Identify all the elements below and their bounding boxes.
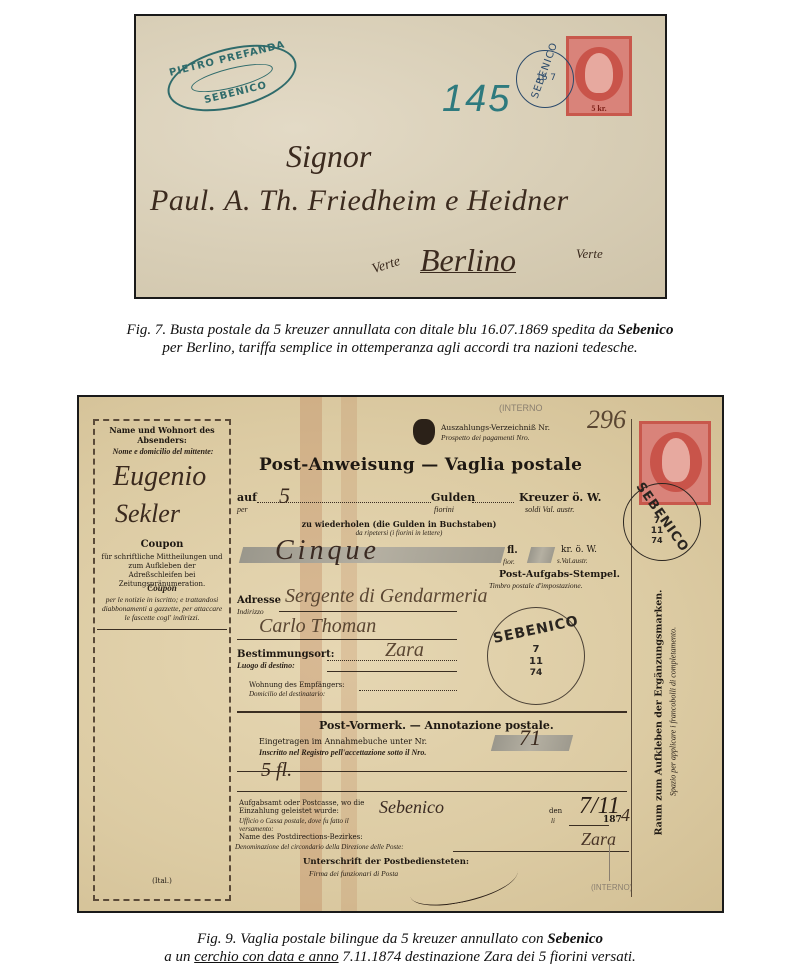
cancel-town: SEBENICO xyxy=(529,39,561,103)
right-column-divider xyxy=(631,419,632,897)
figure-7-caption: Fig. 7. Busta postale da 5 kreuzer annul… xyxy=(0,321,800,357)
office-label-de: Aufgabsamt oder Postcasse, wo die Einzah… xyxy=(239,799,369,815)
amount-words-value: Cinque xyxy=(275,535,380,567)
coupon-divider xyxy=(97,629,227,630)
blue-pencil-annotation: 145 xyxy=(442,78,511,121)
destination-label-it: Luogo di destino: xyxy=(237,661,295,670)
repeat-label-de: zu wiederholen (die Gulden in Buchstaben… xyxy=(279,519,519,529)
register-number: 296 xyxy=(587,405,626,435)
address-line-1: Sergente di Gendarmeria xyxy=(285,585,488,608)
coupon-text-it: per le notizie in iscritto; e trattandos… xyxy=(101,595,223,622)
sval-label: s.Val.austr. xyxy=(557,557,588,565)
kreuzer-label: Kreuzer ö. W. xyxy=(519,491,602,504)
sender-first-name: Eugenio xyxy=(113,461,206,493)
coupon-footer: (Ital.) xyxy=(95,877,229,885)
coupon-box: Name und Wohnort des Absenders: Nome e d… xyxy=(93,419,231,901)
address-salutation: Signor xyxy=(286,138,371,175)
year-suffix: 4 xyxy=(621,805,630,826)
section-divider xyxy=(237,711,627,713)
register-label-de: Auszahlungs-Verzeichniß Nr. xyxy=(441,423,550,432)
cancel-town: SEBENICO xyxy=(487,612,584,648)
address-recipient-name: Paul. A. Th. Friedheim e Heidner xyxy=(150,184,569,218)
address-note-right: Verte xyxy=(576,246,603,262)
den-label: den xyxy=(549,807,562,815)
signature-label-de: Unterschrift der Postbediensteten: xyxy=(303,857,469,867)
year-prefix: 187 xyxy=(603,815,622,825)
fior-label: fior. xyxy=(503,557,515,566)
imprinted-5kr-stamp: 5 kr. xyxy=(566,36,632,116)
entry-label-de: Eingetragen im Annahmebuche unter Nr. xyxy=(259,737,427,746)
double-eagle-emblem-icon xyxy=(413,419,435,445)
district-label-it: Denominazione del circondario della Dire… xyxy=(235,843,404,851)
arrow-up-icon xyxy=(609,843,610,881)
caption-underlined-phrase: cerchio con data e anno xyxy=(194,949,338,965)
cancel-month: 11 xyxy=(488,656,584,667)
domicile-label-it: Domicilio del destinatario: xyxy=(249,690,325,698)
address-city: Berlino xyxy=(420,242,516,279)
destination-field xyxy=(327,659,457,661)
figure-9-money-order-image: Name und Wohnort des Absenders: Nome e d… xyxy=(77,395,724,913)
figure-7-caption-line2: per Berlino, tariffa semplice in ottempe… xyxy=(0,339,800,357)
stamp-circular-cancel: SEBENICO 7 11 74 xyxy=(623,483,701,561)
cancel-year: 74 xyxy=(488,668,584,678)
vertical-label-it: Spazio per applicare i francobolli di co… xyxy=(669,552,678,872)
figure-7-envelope-image: PIETRO PREFANDA SEBENICO 145 5 kr. SEBEN… xyxy=(134,14,667,299)
office-label-it: Ufficio o Cassa postale, dove fu fatto i… xyxy=(239,817,369,833)
coupon-title-it: Coupon xyxy=(95,583,229,593)
destination-rule xyxy=(327,671,457,672)
register-label-it: Prospetto dei pagamenti Nro. xyxy=(441,433,530,442)
domicile-field xyxy=(359,689,457,691)
vertical-label-de: Raum zum Aufkleben der Ergänzungsmarken. xyxy=(654,553,665,873)
fl-label: fl. xyxy=(507,545,518,556)
sender-oval-handstamp: PIETRO PREFANDA SEBENICO xyxy=(161,33,304,123)
blue-thimble-cancel: SEBENICO 16 7 xyxy=(516,50,574,108)
sebenico-circular-cancel: SEBENICO 7 11 74 xyxy=(487,607,585,705)
signature-label-it: Firma dei funzionari di Posta xyxy=(309,869,398,878)
annotation-rule-1 xyxy=(237,771,627,772)
caption-bold-town: Sebenico xyxy=(547,931,603,947)
cancel-day: 7 xyxy=(488,644,584,655)
soldi-label: soldi Val. austr. xyxy=(525,505,574,514)
date-rule xyxy=(569,825,609,826)
caption-bold-town: Sebenico xyxy=(618,322,674,338)
li-label: li xyxy=(551,817,555,825)
entry-number-value: 71 xyxy=(519,725,541,751)
adresse-label: Adresse xyxy=(237,595,281,606)
district-label-de: Name des Postdirections-Bezirkes: xyxy=(239,833,363,841)
coupon-heading-de: Name und Wohnort des Absenders: xyxy=(101,425,223,445)
cancel-year: 74 xyxy=(624,536,690,545)
cancel-month: 11 xyxy=(624,526,690,536)
address-line-1-rule xyxy=(279,611,457,612)
district-rule xyxy=(453,851,629,852)
amount-kreuzer-field xyxy=(472,501,514,503)
postmark-label-de: Post-Aufgabs-Stempel. xyxy=(499,569,620,580)
kreuzer-words-field xyxy=(527,547,555,563)
emperor-head-icon xyxy=(662,438,690,482)
address-line-2-rule xyxy=(237,639,457,640)
figure-9-caption-line1: Fig. 9. Vaglia postale bilingue da 5 kre… xyxy=(0,930,800,948)
amount-gulden-value: 5 xyxy=(279,483,290,509)
address-note-left: Verte xyxy=(370,254,402,278)
cancel-day: 7 xyxy=(624,516,690,526)
domicile-label-de: Wohnung des Empfängers: xyxy=(249,681,345,689)
entry-label-it: Inscritto nel Registro pell'accettazione… xyxy=(259,748,426,757)
amount-note: 5 fl. xyxy=(261,759,292,782)
district-value: Zara xyxy=(581,829,616,850)
sender-last-name: Sekler xyxy=(115,499,180,529)
interno-note-bottom: (INTERNO) xyxy=(591,883,632,892)
annotation-rule-2 xyxy=(237,791,627,792)
auf-label: auf xyxy=(237,491,257,504)
fiorini-label: fiorini xyxy=(434,505,454,514)
stamp-value: 5 kr. xyxy=(569,104,629,113)
address-line-2: Carlo Thoman xyxy=(259,615,376,638)
interno-note-top: (INTERNO xyxy=(499,403,543,413)
kr-label: kr. ö. W. xyxy=(561,545,597,555)
per-label: per xyxy=(237,505,248,514)
destination-label-de: Bestimmungsort: xyxy=(237,649,334,660)
form-title: Post-Anweisung — Vaglia postale xyxy=(259,455,582,475)
office-value: Sebenico xyxy=(379,797,444,818)
cancel-date: 16 7 xyxy=(531,73,561,83)
figure-9-caption-line2: a un cerchio con data e anno 7.11.1874 d… xyxy=(0,948,800,966)
coupon-heading-it: Nome e domicilio del mittente: xyxy=(99,447,227,456)
gulden-label: Gulden xyxy=(431,491,475,504)
postmark-label-it: Timbro postale d'impostazione. xyxy=(489,581,583,590)
emperor-head-icon xyxy=(585,53,613,93)
figure-7-caption-line1: Fig. 7. Busta postale da 5 kreuzer annul… xyxy=(0,321,800,339)
figure-9-caption: Fig. 9. Vaglia postale bilingue da 5 kre… xyxy=(0,930,800,966)
coupon-title-de: Coupon xyxy=(95,539,229,550)
